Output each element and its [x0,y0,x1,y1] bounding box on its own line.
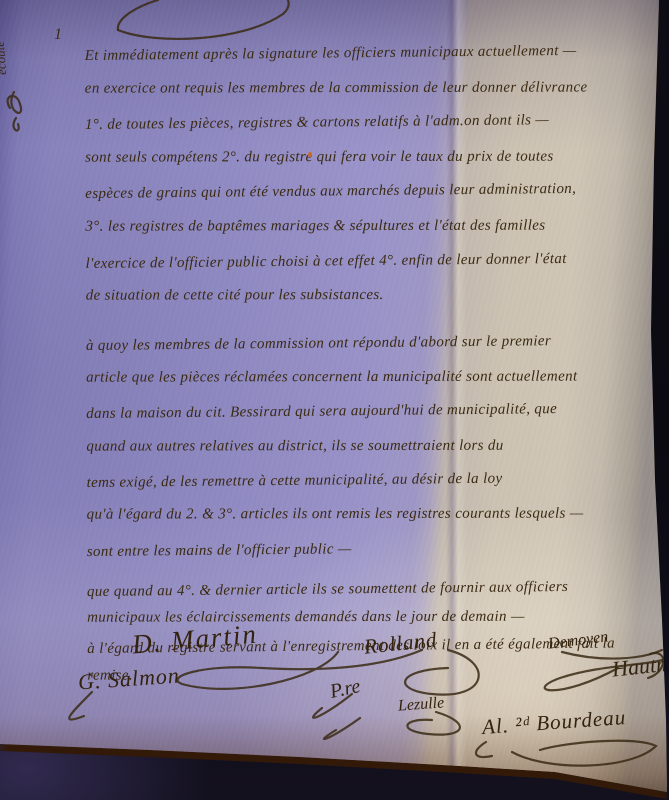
text-line: en exercice ont requis les membres de la… [85,70,660,106]
text-line: de situation de cette cité pour les subs… [86,278,661,314]
text-line: tems exigé, de les remettre à cette muni… [86,460,661,500]
text-line: Et immédiatement après la signature les … [84,33,659,74]
text-line: à quoy les membres de la commission ont … [86,323,661,363]
page-number-mark: 1 [54,26,62,44]
text-line: l'exercice de l'officier public choisi à… [85,241,660,282]
text-line: dans la maison du cit. Bessirard qui ser… [86,391,661,431]
signature-pre: P.re [328,675,363,704]
top-oval-flourish-path [118,0,289,39]
salmon-tail-path [69,692,92,720]
text-line: espèces de grains qui ont été vendus aux… [85,171,660,212]
manuscript-page: écoute 1 Et immédiatement après la signa… [0,0,669,800]
text-line: que quand au 4°. & dernier article ils s… [87,572,662,607]
bourdeau-lead-path [476,742,492,757]
paragraph: Et immédiatement après la signature les … [85,35,661,314]
bourdeau-swash-path [512,741,656,766]
document-text: Et immédiatement après la signature les … [85,35,663,691]
lezulle-paraph-path [407,712,459,735]
ink-speck [308,152,312,157]
margin-vertical-note: écoute [0,41,10,76]
text-line: sont entre les mains de l'officier publi… [87,529,662,569]
text-line: 1°. de toutes les pièces, registres & ca… [85,102,660,143]
text-line: qu'à l'égard du 2. & 3°. articles ils on… [87,497,662,533]
manuscript-photo: écoute 1 Et immédiatement après la signa… [0,0,669,800]
lezulle-tail-path [324,718,360,739]
signature-lezulle: Lezulle [397,694,444,715]
text-line: article que les pièces réclamées concern… [86,359,661,395]
margin-paraph-path [8,92,21,131]
top-oval-flourish-path2 [118,0,158,30]
text-line: quand aux autres relatives au district, … [86,428,661,464]
signature-bourdeau: Al. ²ᵈ Bourdeau [481,705,627,740]
paragraph: à quoy les membres de la commission ont … [86,324,662,567]
text-line: 3°. les registres de baptêmes mariages &… [85,208,660,244]
text-line: sont seuls compétens 2°. du registre qui… [85,139,660,175]
